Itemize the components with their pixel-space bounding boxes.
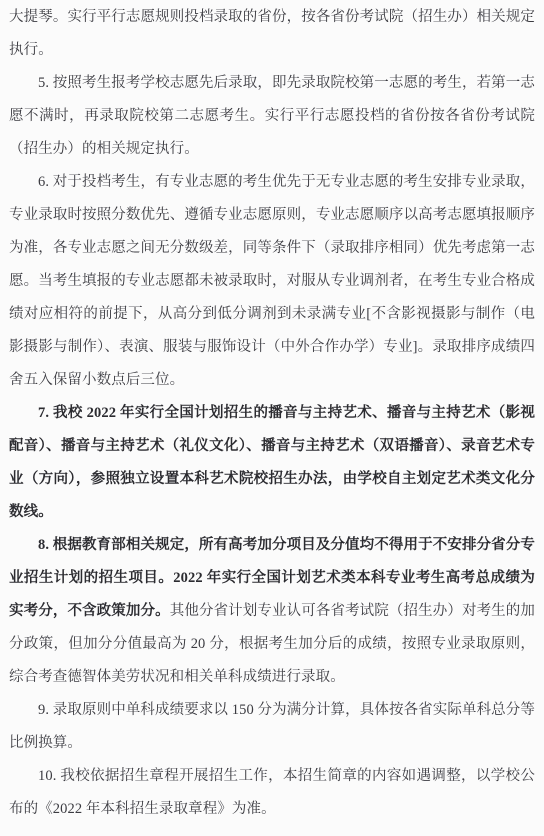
paragraph-item-8: 8. 根据教育部相关规定，所有高考加分项目及分值均不得用于不安排分省分专业招生计… bbox=[9, 529, 535, 694]
paragraph-text-bold: 7. 我校 2022 年实行全国计划招生的播音与主持艺术、播音与主持艺术（影视配… bbox=[9, 405, 535, 520]
paragraph-text: 10. 我校依据招生章程开展招生工作，本招生简章的内容如遇调整，以学校公布的《2… bbox=[9, 768, 535, 817]
paragraph-item-7: 7. 我校 2022 年实行全国计划招生的播音与主持艺术、播音与主持艺术（影视配… bbox=[9, 397, 535, 529]
paragraph-text: 9. 录取原则中单科成绩要求以 150 分为满分计算，具体按各省实际单科总分等比… bbox=[9, 702, 535, 751]
paragraph-text: 5. 按照考生报考学校志愿先后录取，即先录取院校第一志愿的考生，若第一志愿不满时… bbox=[9, 75, 535, 157]
paragraph-item-5: 5. 按照考生报考学校志愿先后录取，即先录取院校第一志愿的考生，若第一志愿不满时… bbox=[9, 67, 535, 166]
paragraph-item-6: 6. 对于投档考生，有专业志愿的考生优先于无专业志愿的考生安排专业录取，专业录取… bbox=[9, 166, 535, 397]
paragraph-item-10: 10. 我校依据招生章程开展招生工作，本招生简章的内容如遇调整，以学校公布的《2… bbox=[9, 760, 535, 826]
paragraph-item-9: 9. 录取原则中单科成绩要求以 150 分为满分计算，具体按各省实际单科总分等比… bbox=[9, 694, 535, 760]
paragraph-text: 大提琴。实行平行志愿规则投档录取的省份，按各省份考试院（招生办）相关规定执行。 bbox=[9, 9, 535, 58]
paragraph-continuation: 大提琴。实行平行志愿规则投档录取的省份，按各省份考试院（招生办）相关规定执行。 bbox=[9, 1, 535, 67]
paragraph-text: 6. 对于投档考生，有专业志愿的考生优先于无专业志愿的考生安排专业录取，专业录取… bbox=[9, 174, 535, 388]
document-page: 大提琴。实行平行志愿规则投档录取的省份，按各省份考试院（招生办）相关规定执行。 … bbox=[0, 0, 544, 836]
